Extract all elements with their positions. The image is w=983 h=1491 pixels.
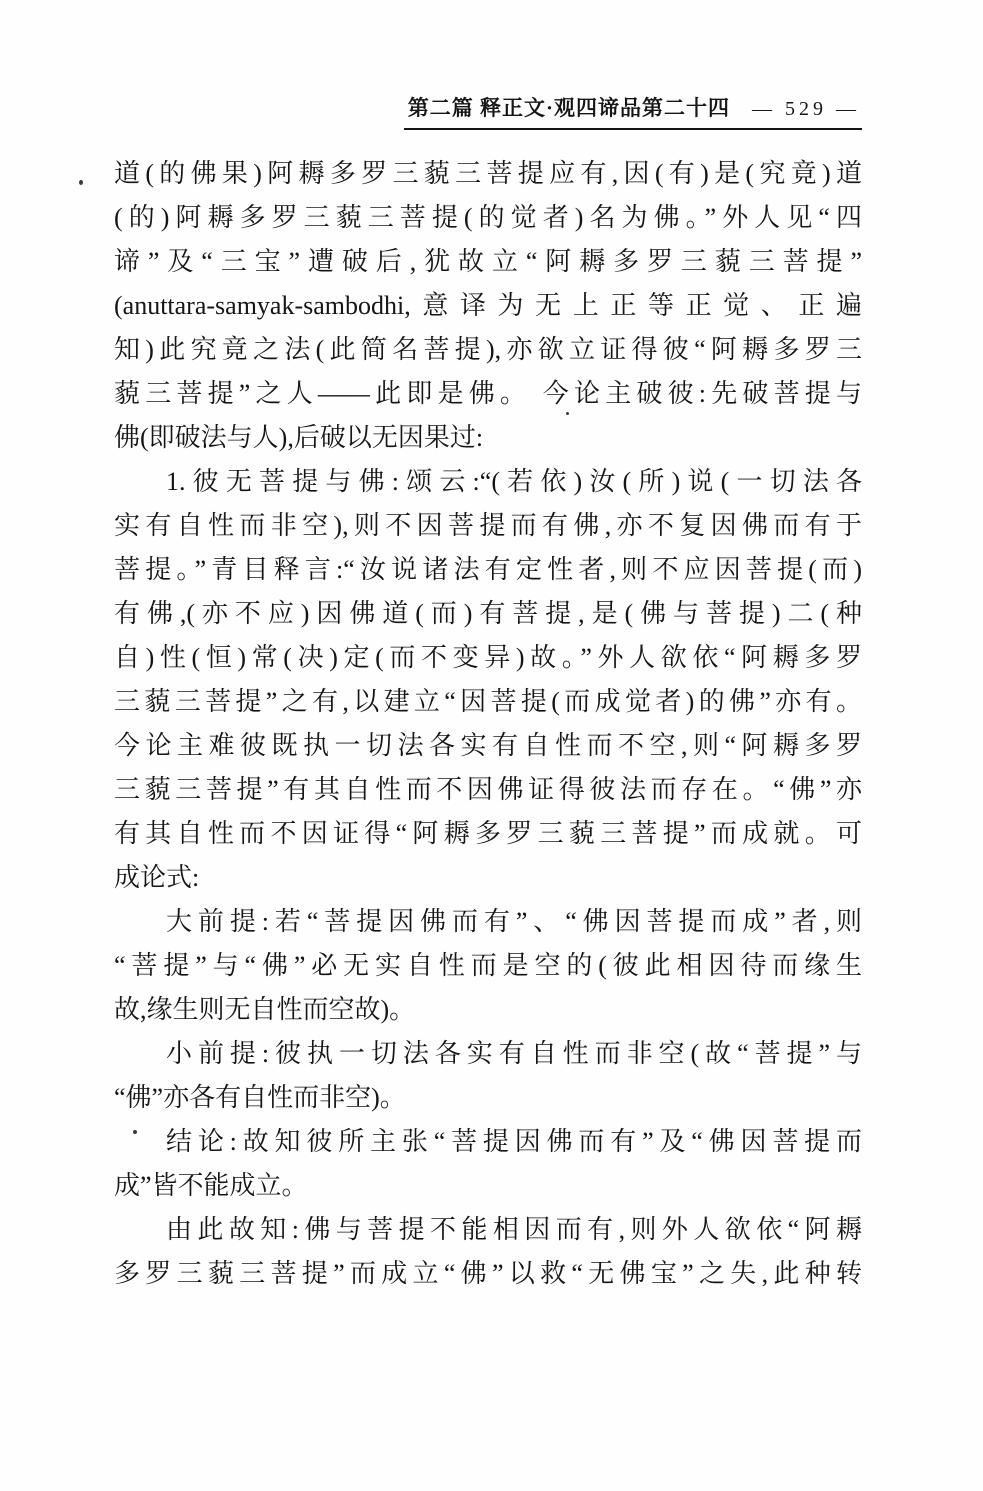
text-line: 道(的佛果)阿耨多罗三藐三菩提应有,因(有)是(究竟)道 <box>114 152 862 196</box>
scan-artifact-dot <box>566 412 569 415</box>
text-line: (anuttara-samyak-sambodhi,意译为无上正等正觉、正遍 <box>114 284 862 328</box>
text-line: 今论主难彼既执一切法各实有自性而不空,则“阿耨多罗 <box>114 724 862 768</box>
text-line: 佛(即破法与人),后破以无因果过: <box>114 416 862 460</box>
text-line: 实有自性而非空),则不因菩提而有佛,亦不复因佛而有于 <box>114 504 862 548</box>
running-header-rule: 第二篇 释正文·观四谛品第二十四 — 529 — <box>404 92 862 130</box>
text-line: 大前提:若“菩提因佛而有”、“佛因菩提而成”者,则 <box>114 900 862 944</box>
scan-artifact-dot <box>79 180 83 185</box>
page-number: — 529 — <box>752 98 860 120</box>
text-line: (的)阿耨多罗三藐三菩提(的觉者)名为佛。”外人见“四 <box>114 196 862 240</box>
text-line: “佛”亦各有自性而非空)。 <box>114 1076 862 1120</box>
text-line: 藐三菩提”之人——此即是佛。 今论主破彼:先破菩提与 <box>114 372 862 416</box>
text-line: 1.彼无菩提与佛:颂云:“(若依)汝(所)说(一切法各 <box>114 460 862 504</box>
text-line: 谛”及“三宝”遭破后,犹故立“阿耨多罗三藐三菩提” <box>114 240 862 284</box>
text-line: 知)此究竟之法(此简名菩提),亦欲立证得彼“阿耨多罗三 <box>114 328 862 372</box>
book-page: 第二篇 释正文·观四谛品第二十四 — 529 — 道(的佛果)阿耨多罗三藐三菩提… <box>0 0 983 1491</box>
body-text: 道(的佛果)阿耨多罗三藐三菩提应有,因(有)是(究竟)道 (的)阿耨多罗三藐三菩… <box>114 152 862 1296</box>
text-line: 自)性(恒)常(决)定(而不变异)故。”外人欲依“阿耨多罗 <box>114 636 862 680</box>
text-line: 成论式: <box>114 856 862 900</box>
text-line: 有其自性而不因证得“阿耨多罗三藐三菩提”而成就。可 <box>114 812 862 856</box>
text-line: “菩提”与“佛”必无实自性而是空的(彼此相因待而缘生 <box>114 944 862 988</box>
text-line: 小前提:彼执一切法各实有自性而非空(故“菩提”与 <box>114 1032 862 1076</box>
text-line: 由此故知:佛与菩提不能相因而有,则外人欲依“阿耨 <box>114 1208 862 1252</box>
text-line: 故,缘生则无自性而空故)。 <box>114 988 862 1032</box>
text-line: 多罗三藐三菩提”而成立“佛”以救“无佛宝”之失,此种转 <box>114 1252 862 1296</box>
text-line: 有佛,(亦不应)因佛道(而)有菩提,是(佛与菩提)二(种 <box>114 592 862 636</box>
text-line: 成”皆不能成立。 <box>114 1164 862 1208</box>
text-line: 菩提。”青目释言:“汝说诸法有定性者,则不应因菩提(而) <box>114 548 862 592</box>
text-line: 三藐三菩提”有其自性而不因佛证得彼法而存在。“佛”亦 <box>114 768 862 812</box>
text-line: 三藐三菩提”之有,以建立“因菩提(而成觉者)的佛”亦有。 <box>114 680 862 724</box>
chapter-title: 第二篇 释正文·观四谛品第二十四 <box>408 96 730 120</box>
text-line: 结论:故知彼所主张“菩提因佛而有”及“佛因菩提而 <box>114 1120 862 1164</box>
scan-artifact-dot <box>133 1130 137 1134</box>
running-header: 第二篇 释正文·观四谛品第二十四 — 529 — <box>0 92 862 130</box>
